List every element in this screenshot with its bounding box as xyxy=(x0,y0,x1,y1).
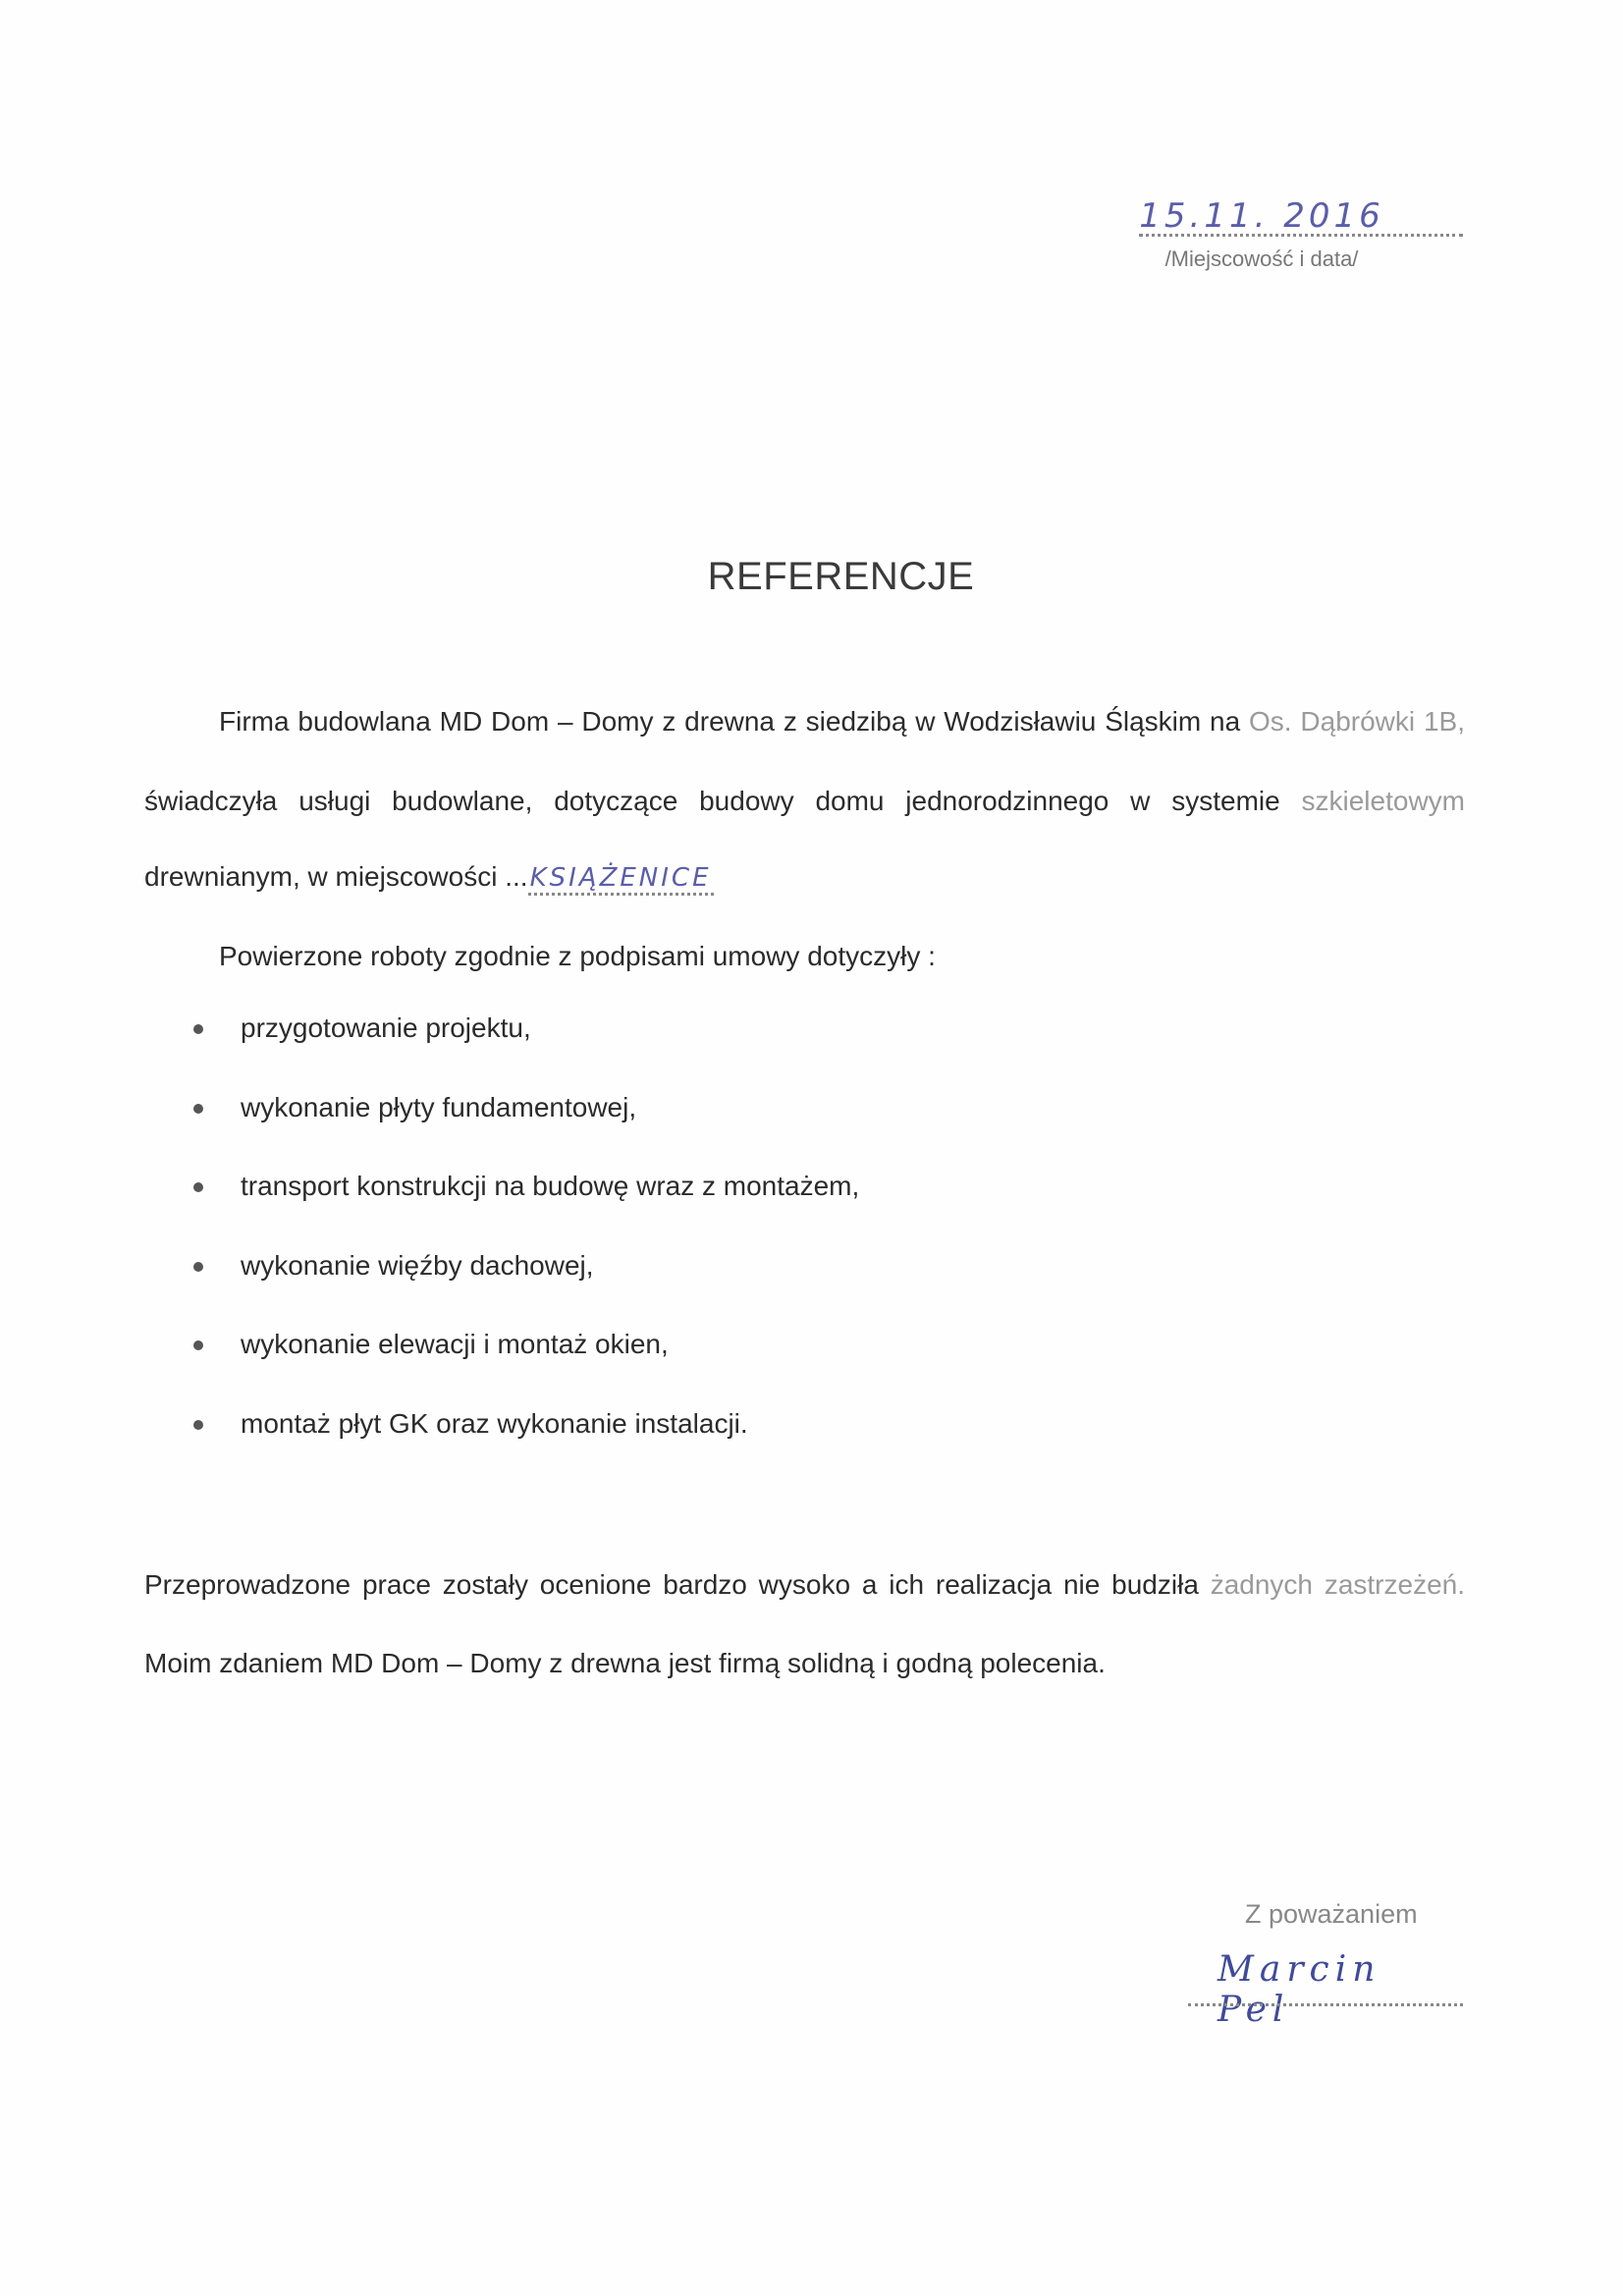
intro-line-1: Firma budowlana MD Dom – Domy z drewna z… xyxy=(144,705,1465,738)
bullet-icon xyxy=(193,1340,203,1350)
handwritten-signature: Marcin Pel xyxy=(1217,1949,1463,2030)
list-item-text: wykonanie elewacji i montaż okien, xyxy=(241,1329,669,1359)
signature-dotted-line xyxy=(1188,2003,1463,2006)
bullet-icon xyxy=(193,1024,203,1034)
signature-block: Marcin Pel xyxy=(1188,1949,1463,2008)
list-item: przygotowanie projektu, xyxy=(191,1011,859,1091)
intro-line-3: drewnianym, w miejscowości ...KSIĄŻENICE xyxy=(144,860,1465,895)
handwritten-town: KSIĄŻENICE xyxy=(528,863,714,896)
scope-intro: Powierzone roboty zgodnie z podpisami um… xyxy=(219,940,1540,973)
company-address: Os. Dąbrówki 1B, xyxy=(1249,706,1465,737)
date-label: /Miejscowość i data/ xyxy=(1100,246,1424,272)
intro-line-2: świadczyła usługi budowlane, dotyczące b… xyxy=(144,785,1465,818)
evaluation-text: Przeprowadzone prace zostały ocenione ba… xyxy=(144,1569,1211,1600)
intro-line-1-text: Firma budowlana MD Dom – Domy z drewna z… xyxy=(219,706,1249,737)
bullet-icon xyxy=(193,1420,203,1430)
list-item: montaż płyt GK oraz wykonanie instalacji… xyxy=(191,1407,859,1487)
document-title: REFERENCJE xyxy=(0,555,1623,599)
list-item: wykonanie elewacji i montaż okien, xyxy=(191,1328,859,1407)
intro-line-2-faded: szkieletowym xyxy=(1302,786,1465,816)
list-item-text: transport konstrukcji na budowę wraz z m… xyxy=(241,1171,859,1201)
evaluation-faded: żadnych zastrzeżeń. xyxy=(1211,1569,1465,1600)
scope-list: przygotowanie projektu, wykonanie płyty … xyxy=(191,1011,859,1486)
list-item-text: wykonanie płyty fundamentowej, xyxy=(241,1092,636,1122)
recommendation-paragraph: Moim zdaniem MD Dom – Domy z drewna jest… xyxy=(144,1647,1465,1680)
bullet-icon xyxy=(193,1182,203,1192)
intro-line-3-text: drewnianym, w miejscowości ... xyxy=(144,861,528,892)
evaluation-paragraph: Przeprowadzone prace zostały ocenione ba… xyxy=(144,1568,1465,1602)
list-item-text: montaż płyt GK oraz wykonanie instalacji… xyxy=(241,1408,748,1439)
list-item-text: przygotowanie projektu, xyxy=(241,1012,531,1043)
list-item: transport konstrukcji na budowę wraz z m… xyxy=(191,1170,859,1249)
list-item: wykonanie więźby dachowej, xyxy=(191,1249,859,1329)
intro-line-2-text: świadczyła usługi budowlane, dotyczące b… xyxy=(144,786,1302,816)
bullet-icon xyxy=(193,1104,203,1114)
list-item-text: wykonanie więźby dachowej, xyxy=(241,1250,594,1281)
list-item: wykonanie płyty fundamentowej, xyxy=(191,1091,859,1171)
place-date-block: 15.11. 2016 /Miejscowość i data/ xyxy=(1139,192,1463,272)
bullet-icon xyxy=(193,1262,203,1272)
closing-text: Z poważaniem xyxy=(1245,1899,1418,1930)
document-page: 15.11. 2016 /Miejscowość i data/ REFEREN… xyxy=(0,0,1623,2296)
handwritten-date: 15.11. 2016 xyxy=(1100,196,1424,236)
